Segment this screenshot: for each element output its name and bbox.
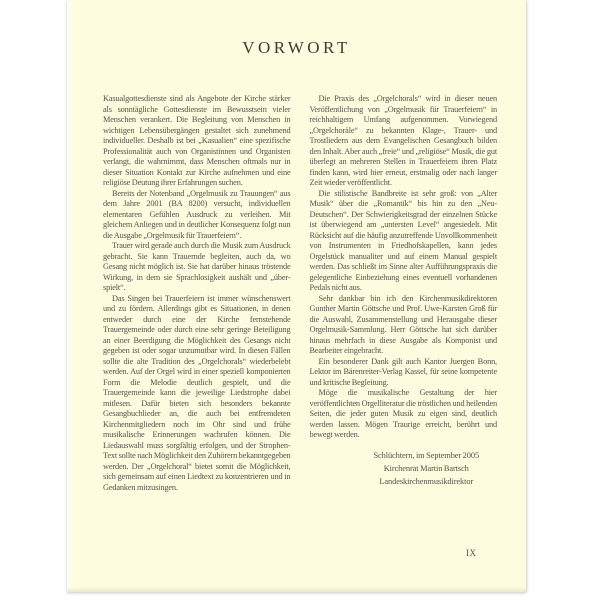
column-right-paragraphs: Die Praxis des „Orgelchorals“ wird in di…: [310, 94, 498, 441]
scan-background: VORWORT Kasualgottesdienste sind als Ang…: [0, 0, 600, 600]
signature-line: Landeskirchenmusikdirektor: [356, 475, 498, 488]
paragraph: Kasualgottesdienste sind als Angebote de…: [103, 94, 291, 189]
column-right: Die Praxis des „Orgelchorals“ wird in di…: [310, 94, 498, 493]
paragraph: Sehr dankbar bin ich den Kirchenmusikdir…: [310, 294, 498, 357]
signature-block: Schlüchtern, im September 2005Kirchenrat…: [310, 449, 498, 488]
paragraph: Die Praxis des „Orgelchorals“ wird in di…: [310, 94, 498, 189]
paragraph: Ein besonderer Dank gilt auch Kantor Jue…: [310, 357, 498, 389]
book-page: VORWORT Kasualgottesdienste sind als Ang…: [67, 0, 526, 592]
paragraph: Trauer wird gerade auch durch die Musik …: [103, 241, 291, 294]
paragraph: Bereits der Notenband „Orgelmusik zu Tra…: [103, 189, 291, 242]
page-title: VORWORT: [67, 39, 526, 57]
text-columns: Kasualgottesdienste sind als Angebote de…: [67, 68, 526, 493]
signature-line: Kirchenrat Martin Bartsch: [356, 462, 498, 475]
paragraph: Das Singen bei Trauerfeiern ist immer wü…: [103, 294, 291, 494]
column-left: Kasualgottesdienste sind als Angebote de…: [103, 94, 291, 493]
paragraph: Die stilistische Bandbreite ist sehr gro…: [310, 189, 498, 294]
paragraph: Möge die musikalische Gestaltung der hie…: [310, 388, 498, 441]
signature-line: Schlüchtern, im September 2005: [356, 449, 498, 462]
page-number: IX: [466, 548, 477, 558]
